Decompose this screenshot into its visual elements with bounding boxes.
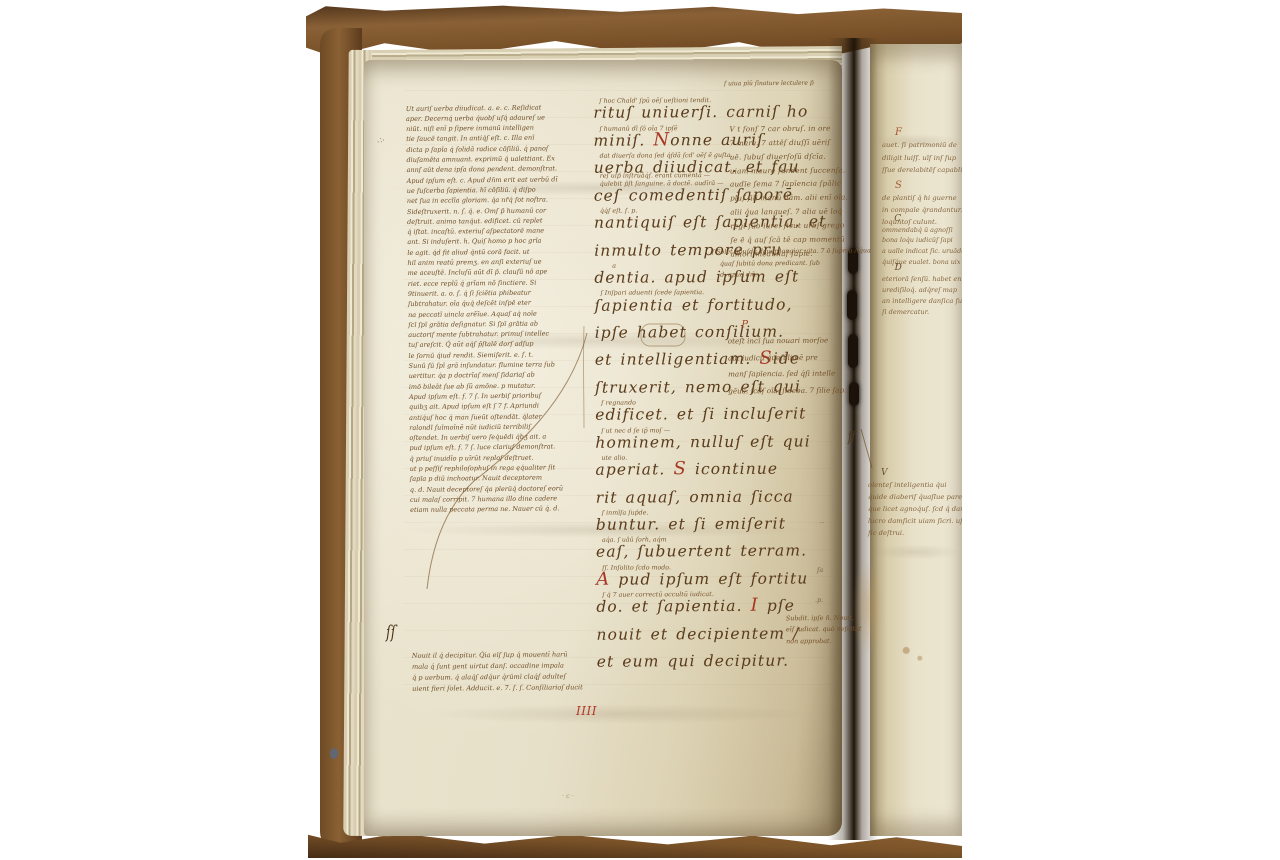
main-text-line: aq́a. ſ uāū ſorh, aq́m eaſ, ſubuertent t…	[596, 534, 842, 563]
rubric-initial: S	[673, 458, 687, 479]
gutter-mark: ··	[820, 519, 824, 527]
main-text: do. et ſapientia. I pſe	[596, 596, 795, 617]
margin-gloss-note: ſ Solet q́buſdā dauer longior uita. 7 ō …	[712, 222, 872, 304]
gloss-line: auet. ſi patrimoniū de	[882, 139, 962, 151]
gloss-line: pluſ ſili manū dām. alii enī oīa.	[730, 191, 848, 206]
gloss-line: uient fieri ſolet. Adducit. e. 7. ſ. ſ. …	[412, 682, 583, 694]
gloss-lines: oteſt incī ſua nouari morſoeaūt iudicū q…	[728, 320, 847, 412]
main-text: aperiat. S icontinue	[595, 459, 778, 480]
quire-monogram: ſſ	[848, 430, 855, 445]
gloss-line: 7 mare. 7 attēſ diuſſī uēriſ	[730, 135, 848, 150]
gloss-line: bona loq́u iudicūſ ſapi	[882, 235, 962, 246]
gloss-line: d. apud dm̄.	[712, 268, 871, 281]
gloss-line: ſ Solet q́buſdā dauer longior uita. 7 ō …	[712, 245, 871, 258]
text-segment: hominem, nulluſ eſt qui	[595, 432, 811, 451]
initial: C	[894, 214, 901, 224]
gloss-line: manſ ſapīencia. ſed q́ſi intelle	[728, 365, 846, 383]
gloss-block: Volenteſ inteligentia q́uiq́uide diaberi…	[868, 455, 962, 563]
gloss-line: q́uide diaberiſ q́uaſlue pare ſ	[868, 491, 962, 503]
main-text: buntur. et ſi emiſerit	[596, 514, 786, 535]
gloss-line: uē. ſubuſ diuerſoſū dſcīa.	[730, 149, 848, 164]
rubric-initial: F	[895, 127, 902, 138]
text-segment: pud ipſum eſt fortitu	[610, 569, 808, 588]
gloss-line: ſi demercatur.	[882, 307, 962, 318]
gloss-line: ommendabq́ ū agnoſſi	[882, 225, 962, 236]
initial: V	[881, 468, 888, 478]
text-segment: rit aquaſ, omnia ſicca	[596, 487, 794, 506]
gloss-line: uiam maure ſundent ſuccenſa.	[730, 163, 848, 178]
margin-gloss-header: ſ uiua pīū ſīnature lectulere p̄	[724, 80, 814, 88]
foxing-spots	[896, 640, 930, 666]
gutter-mark: ſa	[817, 566, 823, 574]
gloss-line: alii q́ua langueſ. 7 alia uē loq́	[730, 205, 848, 220]
main-text: hominem, nulluſ eſt qui	[595, 431, 811, 452]
gloss-line: audīe ſema 7 ſapīencia ſpālic	[730, 177, 848, 192]
paraph-monogram: ſſ	[386, 623, 396, 643]
gloss-line: ſic deſtrui.	[868, 527, 962, 539]
open-book: ∴· Ut auriſ uerba diiudicat. a. e. c. Re…	[300, 4, 962, 858]
gloss-line: aūt iudicū q́ueſūlimē pre	[728, 349, 846, 367]
blue-mark	[330, 748, 338, 759]
gloss-line: Subdit. ipſe n̄. Nouit,	[786, 612, 862, 624]
margin-gloss-block: Poteſt incī ſua nouari morſoeaūt iudicū …	[727, 299, 846, 432]
rubric-initial: P	[741, 319, 748, 330]
stain-mark: · c ·	[562, 792, 574, 800]
binding-stitch	[848, 334, 858, 368]
gloss-lines: olenteſ inteligentia q́uiq́uide diaberiſ…	[868, 479, 962, 539]
main-text-line: ſ inmīſa ſup̄de. buntur. et ſi emiſerit	[596, 507, 842, 536]
gutter-mark: .p.	[815, 596, 823, 604]
gloss-line: gēua. ſcdſ oīa. ſideba. 7 ſilie ſap.	[728, 382, 846, 400]
text-segment: aperiat.	[595, 460, 673, 478]
gloss-line: q́ue licet agnoq́uſ. ſcd q́ dam	[868, 503, 962, 515]
text-segment: nouit et decipientem /	[596, 624, 799, 643]
gloss-line: urediſiloq́. adq́reſ map	[882, 285, 962, 296]
gloss-line: diligit luiſſ. uīſ inſ ſup	[882, 152, 962, 164]
rubric-initial: S	[895, 180, 902, 191]
main-text: eaſ, ſubuertent terram.	[596, 541, 807, 562]
margin-gloss-note: Subdit. ipſe n̄. Nouit,eīſ iudicat. quō …	[786, 589, 862, 672]
gloss-line: V t ſonſ 7 car obruſ. in ore	[729, 121, 847, 136]
main-text: rit aquaſ, omnia ſicca	[596, 486, 794, 507]
text-segment: icontinue	[687, 460, 778, 479]
text-segment: et eum qui decipitur.	[597, 652, 790, 671]
main-text-line: ſſ. Inſolito ſcdo modo. A pud ipſum eſt …	[596, 562, 842, 591]
gloss-lines: eteriorā ſenſū. habet enīurediſiloq́. ad…	[882, 274, 962, 318]
commentary-gloss-column: Ut auriſ uerba diiudicat. a. e. c. Reſid…	[406, 81, 591, 536]
footnote-gloss: Nouit il q́ decipitur. Q́ia eīſ ſup q́ m…	[412, 627, 583, 716]
margin-tie-mark: ∴·	[377, 136, 385, 145]
initial: D	[895, 263, 902, 273]
main-text-line: ute alio. aperiat. S icontinue	[595, 452, 841, 481]
gloss-line: eīſ iudicat. quō neſcitat	[786, 624, 862, 636]
binding-stitch	[849, 382, 859, 406]
rubric-initial: N	[653, 129, 670, 150]
text-segment: do. et ſapientia.	[596, 597, 750, 616]
gloss-line: etiam nulla peccata perma ne. Nauer cū q…	[410, 503, 590, 515]
gloss-line: non approbat.	[786, 636, 862, 648]
text-segment: miniſ.	[593, 131, 653, 149]
main-text: nouit et decipientem /	[596, 623, 799, 644]
gloss-line: eteriorā ſenſū. habet enī	[882, 274, 962, 285]
main-text: A pud ipſum eſt fortitu	[596, 568, 808, 589]
gloss-line: oteſt incī ſua nouari morſoe	[728, 332, 846, 350]
gloss-block: Deteriorā ſenſū. habet enīurediſiloq́. a…	[882, 252, 962, 340]
manuscript-photograph: ∴· Ut auriſ uerba diiudicat. a. e. c. Re…	[0, 0, 1280, 860]
text-segment: eaſ, ſubuertent terram.	[596, 542, 807, 561]
rubric-initial: A	[596, 569, 610, 590]
gloss-line: olenteſ inteligentia q́ui	[868, 479, 962, 491]
main-text: et eum qui decipitur.	[597, 651, 790, 672]
gloss-line: an intelligere danſica ſup	[882, 296, 962, 307]
gloss-line: lucro damſicit uiam ſicri. uſq́	[868, 515, 962, 527]
main-text-line: rit aquaſ, omnia ſicca	[596, 479, 842, 508]
text-segment: buntur. et ſi emiſerit	[596, 515, 786, 534]
quire-numeral: IIII	[576, 704, 597, 718]
